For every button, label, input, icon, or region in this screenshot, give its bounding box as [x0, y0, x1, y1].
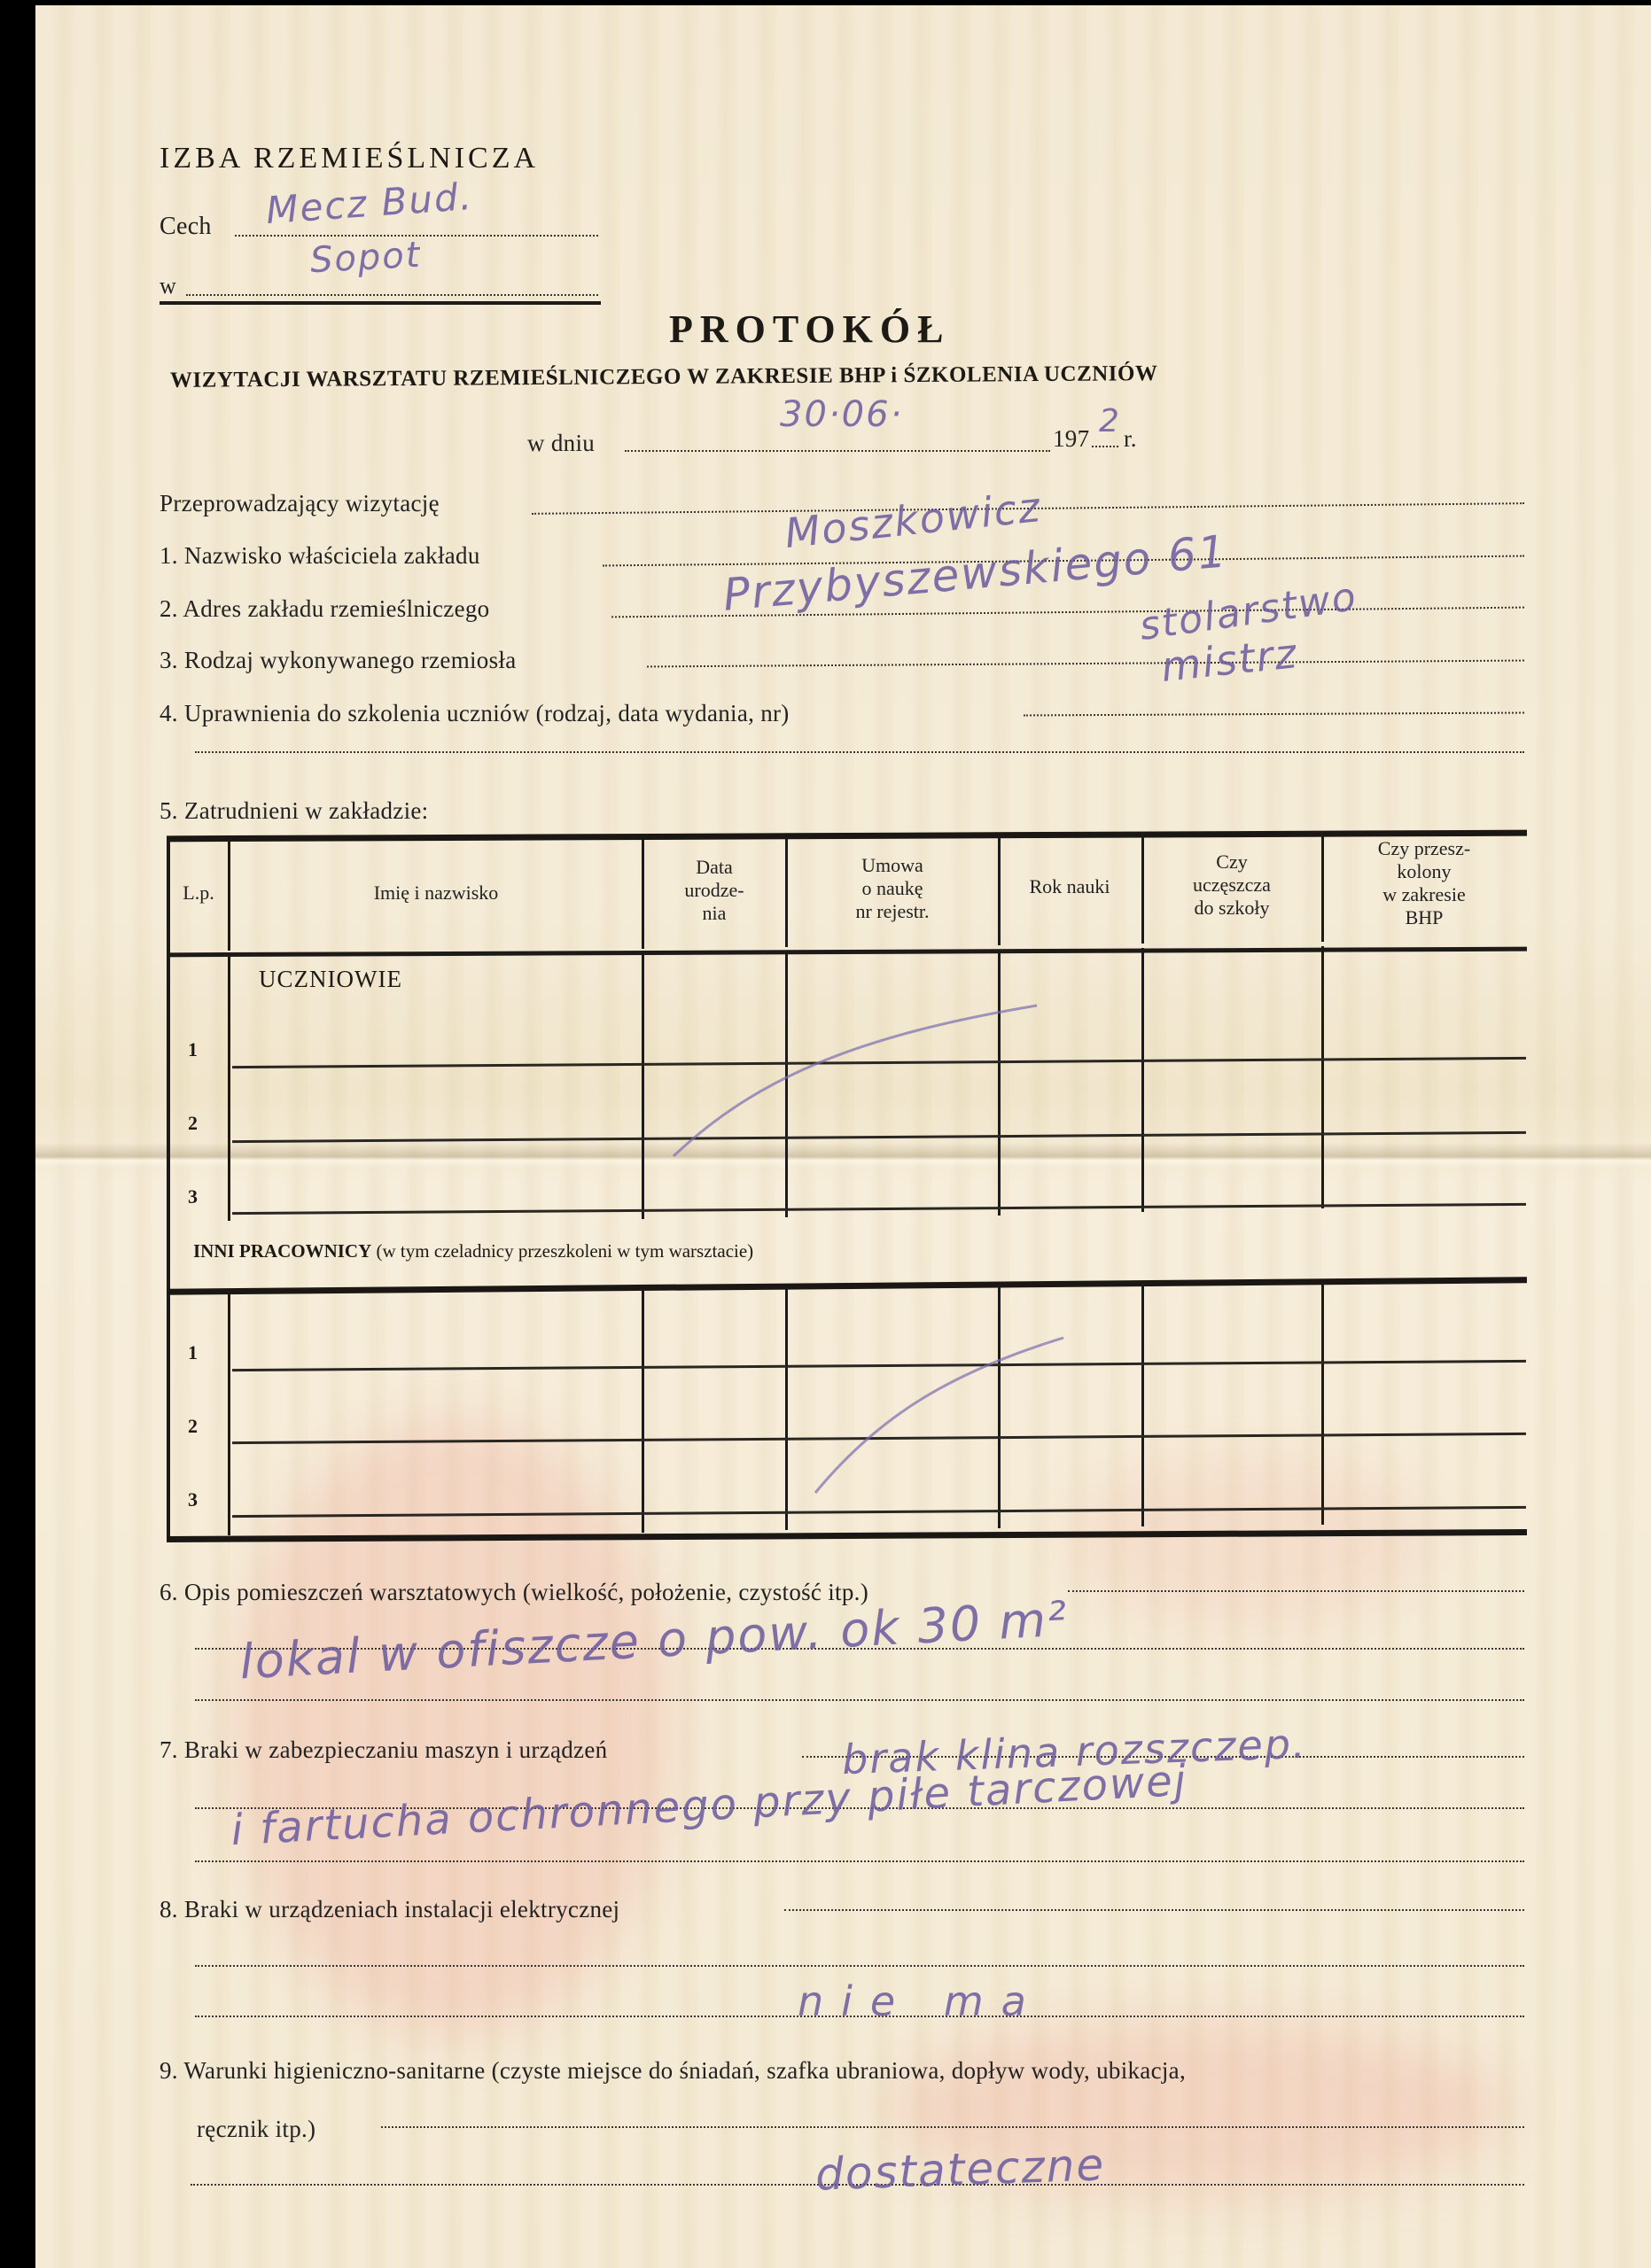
stain [230, 1417, 674, 2038]
s7-label: 7. Braki w zabezpieczaniu maszyn i urząd… [160, 1736, 607, 1764]
col-sep [228, 1292, 230, 1535]
employees-section-label: 5. Zatrudnieni w zakładzie: [160, 797, 428, 825]
s8-label: 8. Braki w urządzeniach instalacji elekt… [160, 1896, 619, 1923]
apprentice-row-number: 3 [188, 1185, 198, 1208]
others-label-rest: (w tym czeladnicy przeszkoleni w tym war… [377, 1240, 754, 1262]
col-sep [785, 1286, 788, 1530]
col-sep [1321, 831, 1324, 942]
s8-handwritten: nie ma [798, 1977, 1044, 2025]
col-sep [642, 838, 644, 949]
col-sep [1141, 948, 1144, 1212]
col-sep [228, 840, 230, 951]
column-header-bhp: Czy przesz- kolony w zakresie BHP [1323, 830, 1525, 936]
column-header-school: Czy uczęszcza do szkoły [1143, 832, 1320, 938]
s6-label: 6. Opis pomieszczeń warsztatowych (wielk… [160, 1579, 868, 1606]
s6-field-line-3 [195, 1699, 1524, 1701]
address-label: 2. Adres zakładu rzemieślniczego [160, 595, 489, 623]
s9-field-line [381, 2126, 1524, 2128]
col-sep [1321, 1282, 1324, 1525]
pen-strike-line [620, 1001, 1046, 1161]
other-row-number: 3 [188, 1488, 198, 1511]
s7-field-line-3 [195, 1860, 1524, 1862]
other-row-number: 2 [188, 1415, 198, 1438]
col-sep [785, 836, 788, 947]
column-header-year: Rok nauki [1000, 834, 1140, 940]
s9-label: 9. Warunki higieniczno-sanitarne (czyste… [160, 2057, 1186, 2085]
w-label: w [160, 273, 176, 299]
year-field-line [1092, 446, 1118, 447]
date-field-line [625, 450, 1050, 452]
others-label-bold: INNI PRACOWNICY [193, 1240, 371, 1262]
pen-strike-line [798, 1320, 1081, 1497]
year-suffix: r. [1124, 425, 1137, 453]
other-row-number: 1 [188, 1341, 198, 1364]
col-sep [1141, 1283, 1144, 1526]
s8-field-line [784, 1909, 1524, 1911]
col-sep [1321, 946, 1324, 1208]
year-prefix: 197 [1053, 425, 1089, 453]
trade-label: 3. Rodzaj wykonywanego rzemiosła [160, 647, 517, 674]
header-rule [160, 301, 601, 305]
others-label: INNI PRACOWNICY (w tym czeladnicy przesz… [193, 1240, 753, 1262]
authorization-field-line-2 [195, 751, 1524, 753]
s9-label-cont: ręcznik itp.) [197, 2116, 315, 2143]
col-sep [998, 835, 1001, 945]
w-handwritten: Sopot [309, 235, 423, 282]
date-label: w dniu [527, 430, 595, 457]
s9-handwritten: dostateczne [814, 2139, 1106, 2200]
owner-label: 1. Nazwisko właściciela zakładu [160, 542, 480, 570]
year-handwritten: 2 [1099, 403, 1121, 439]
apprentices-label: UCZNIOWIE [259, 966, 402, 993]
stain [1063, 1453, 1436, 1630]
document-title: PROTOKÓŁ [669, 307, 950, 352]
col-sep [228, 955, 230, 1221]
cech-label: Cech [160, 213, 212, 241]
col-sep [642, 1289, 644, 1533]
s6-field-line [1068, 1590, 1524, 1592]
inspector-label: Przeprowadzający wizytację [160, 490, 440, 517]
column-header-lp: L.p. [168, 840, 229, 946]
column-header-birth-date: Data urodze- nia [644, 837, 784, 944]
column-header-name: Imię i nazwisko [232, 840, 640, 946]
institution-name: IZBA RZEMIEŚLNICZA [160, 142, 539, 175]
col-sep [1141, 833, 1144, 944]
apprentice-row-number: 2 [188, 1112, 198, 1135]
authorization-label: 4. Uprawnienia do szkolenia uczniów (rod… [160, 700, 790, 727]
s8-field-line-2 [195, 1965, 1524, 1967]
apprentice-row-number: 1 [188, 1038, 198, 1061]
w-field-line [186, 294, 598, 296]
column-header-contract: Umowa o naukę nr rejestr. [787, 835, 998, 942]
date-handwritten: 30·06· [780, 394, 903, 435]
